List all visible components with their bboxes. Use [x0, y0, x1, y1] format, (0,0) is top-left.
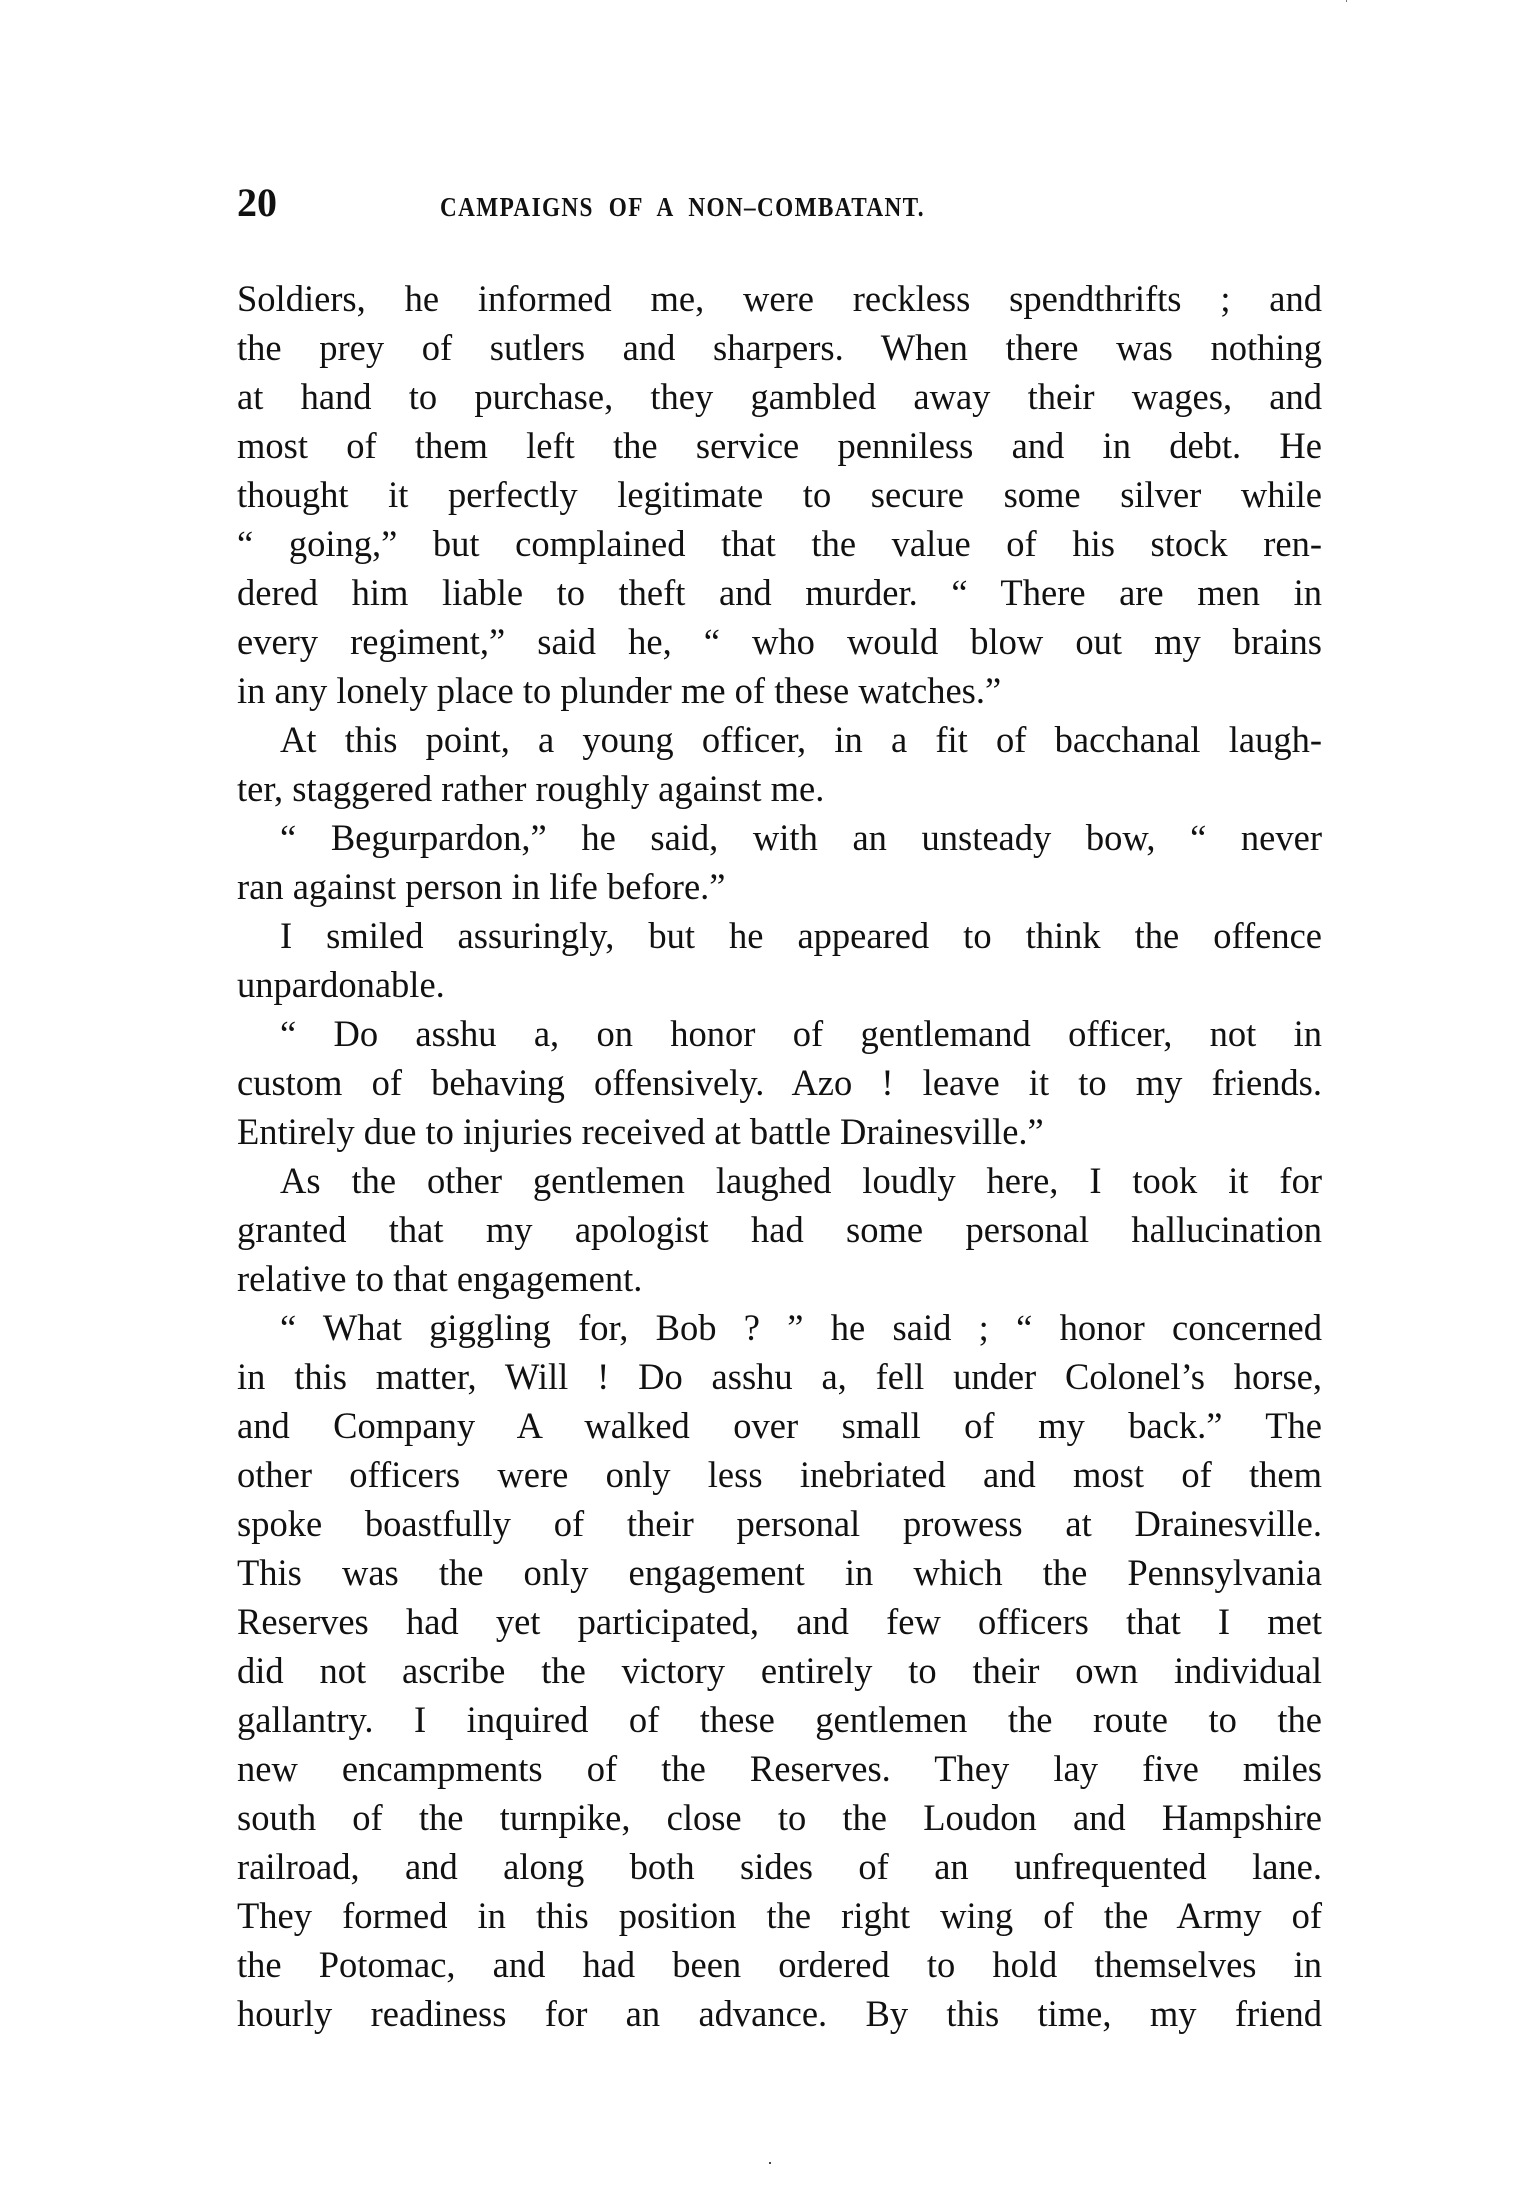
text-line: They formed in this position the right w…: [237, 1891, 1322, 1940]
text-line-paragraph-end: relative to that engagement.: [237, 1254, 1322, 1303]
scan-speck: [1346, 0, 1347, 2]
text-line: Soldiers, he informed me, were reckless …: [237, 274, 1322, 323]
text-line-paragraph-end: ran against person in life before.”: [237, 862, 1322, 911]
text-line: “ going,” but complained that the value …: [237, 519, 1322, 568]
text-line-paragraph-start: “ What giggling for, Bob ? ” he said ; “…: [237, 1303, 1322, 1352]
text-line-paragraph-start: I smiled assuringly, but he appeared to …: [237, 911, 1322, 960]
text-line-paragraph-end: unpardonable.: [237, 960, 1322, 1009]
text-line-paragraph-start: As the other gentlemen laughed loudly he…: [237, 1156, 1322, 1205]
text-line: railroad, and along both sides of an unf…: [237, 1842, 1322, 1891]
scan-speck: [769, 2162, 771, 2164]
text-line: dered him liable to theft and murder. “ …: [237, 568, 1322, 617]
running-title: CAMPAIGNS OF A NON–COMBATANT.: [440, 192, 1016, 222]
text-line: gallantry. I inquired of these gentlemen…: [237, 1695, 1322, 1744]
text-line: new encampments of the Reserves. They la…: [237, 1744, 1322, 1793]
text-line: and Company A walked over small of my ba…: [237, 1401, 1322, 1450]
text-line-paragraph-end: Entirely due to injuries received at bat…: [237, 1107, 1322, 1156]
text-line: the Potomac, and had been ordered to hol…: [237, 1940, 1322, 1989]
text-line: at hand to purchase, they gambled away t…: [237, 372, 1322, 421]
running-head: 20 CAMPAIGNS OF A NON–COMBATANT.: [237, 183, 1322, 223]
text-line-paragraph-start: “ Begurpardon,” he said, with an unstead…: [237, 813, 1322, 862]
text-line-paragraph-end: in any lonely place to plunder me of the…: [237, 666, 1322, 715]
text-line: granted that my apologist had some perso…: [237, 1205, 1322, 1254]
text-line-paragraph-end: ter, staggered rather roughly against me…: [237, 764, 1322, 813]
text-line: every regiment,” said he, “ who would bl…: [237, 617, 1322, 666]
text-line: other officers were only less inebriated…: [237, 1450, 1322, 1499]
text-line: thought it perfectly legitimate to secur…: [237, 470, 1322, 519]
page-number: 20: [237, 183, 277, 223]
text-line: most of them left the service penniless …: [237, 421, 1322, 470]
text-line: This was the only engagement in which th…: [237, 1548, 1322, 1597]
text-line-paragraph-start: At this point, a young officer, in a fit…: [237, 715, 1322, 764]
text-line: south of the turnpike, close to the Loud…: [237, 1793, 1322, 1842]
body-text: Soldiers, he informed me, were reckless …: [237, 274, 1322, 2038]
text-line: in this matter, Will ! Do asshu a, fell …: [237, 1352, 1322, 1401]
text-line: the prey of sutlers and sharpers. When t…: [237, 323, 1322, 372]
book-page: 20 CAMPAIGNS OF A NON–COMBATANT. Soldier…: [0, 0, 1532, 2190]
text-line: did not ascribe the victory entirely to …: [237, 1646, 1322, 1695]
text-line: hourly readiness for an advance. By this…: [237, 1989, 1322, 2038]
text-line: custom of behaving offensively. Azo ! le…: [237, 1058, 1322, 1107]
text-line-paragraph-start: “ Do asshu a, on honor of gentlemand off…: [237, 1009, 1322, 1058]
text-line: spoke boastfully of their personal prowe…: [237, 1499, 1322, 1548]
text-line: Reserves had yet participated, and few o…: [237, 1597, 1322, 1646]
